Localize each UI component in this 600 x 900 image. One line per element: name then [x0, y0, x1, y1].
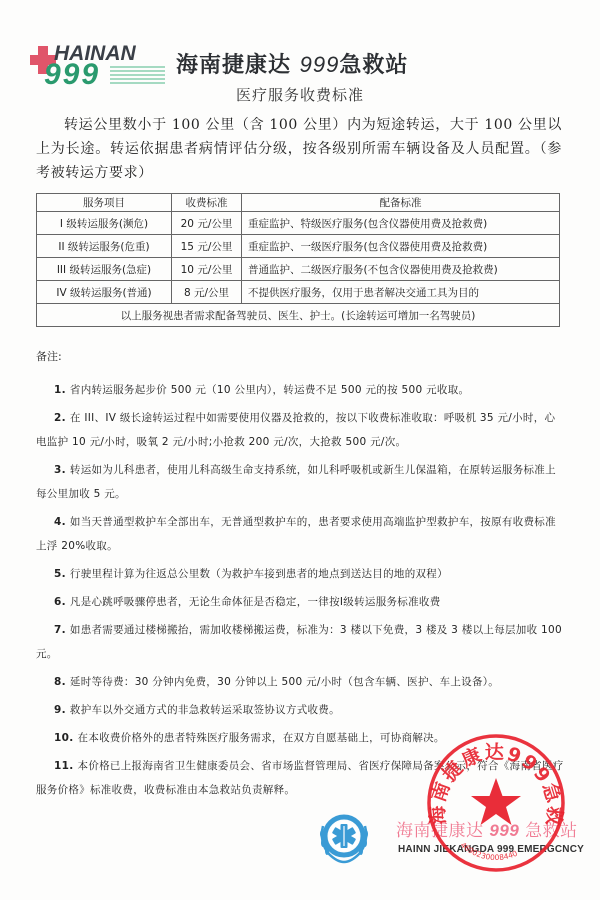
note-text: 行驶里程计算为往返总公里数（为救护车接到患者的地点到送达目的地的双程）: [70, 568, 448, 580]
note-number: 4.: [54, 516, 66, 528]
note-number: 6.: [54, 596, 66, 608]
note-text: 如当天普通型救护车全部出车，无普通型救护车的，患者要求使用高端监护型救护车，按原…: [36, 516, 556, 552]
note-number: 9.: [54, 704, 66, 716]
fee-cell: 10 元/公里: [172, 258, 242, 281]
note-number: 8.: [54, 676, 66, 688]
column-header-equipment: 配备标准: [242, 194, 560, 212]
note-text: 省内转运服务起步价 500 元（10 公里内），转运费不足 500 元的按 50…: [70, 384, 469, 396]
svg-text:4690230008440: 4690230008440: [459, 840, 519, 862]
fee-cell: 15 元/公里: [172, 235, 242, 258]
note-text: 延时等待费：30 分钟内免费，30 分钟以上 500 元/小时（包含车辆、医护、…: [70, 676, 499, 688]
equipment-cell: 重症监护、特级医疗服务(包含仪器使用费及抢救费): [242, 212, 560, 235]
note-item: 8.延时等待费：30 分钟内免费，30 分钟以上 500 元/小时（包含车辆、医…: [36, 670, 566, 694]
service-cell: II 级转运服务(危重): [37, 235, 172, 258]
fee-cell: 8 元/公里: [172, 281, 242, 304]
notes-label: 备注:: [36, 348, 566, 378]
table-row: II 级转运服务(危重) 15 元/公里 重症监护、一级医疗服务(包含仪器使用费…: [37, 235, 560, 258]
table-row: IV 级转运服务(普通) 8 元/公里 不提供医疗服务，仅用于患者解决交通工具为…: [37, 281, 560, 304]
note-number: 1.: [54, 384, 66, 396]
staffing-note-cell: 以上服务视患者需求配备驾驶员、医生、护士。(长途转运可增加一名驾驶员): [37, 304, 560, 327]
equipment-cell: 不提供医疗服务，仅用于患者解决交通工具为目的: [242, 281, 560, 304]
note-item: 6.凡是心跳呼吸骤停患者，无论生命体征是否稳定，一律按I级转运服务标准收费: [36, 590, 566, 614]
note-item: 4.如当天普通型救护车全部出车，无普通型救护车的，患者要求使用高端监护型救护车，…: [36, 510, 566, 558]
org-name-number: 999: [300, 52, 340, 77]
seal-serial-number: 4690230008440: [459, 840, 519, 862]
column-header-service: 服务项目: [37, 194, 172, 212]
note-text: 如患者需要通过楼梯搬抬，需加收楼梯搬运费，标准为：3 楼以下免费，3 楼及 3 …: [36, 624, 562, 660]
note-item: 3.转运如为儿科患者，使用儿科高级生命支持系统，如儿科呼吸机或新生儿保温箱，在原…: [36, 458, 566, 506]
note-text: 救护车以外交通方式的非急救转运采取签协议方式收费。: [70, 704, 340, 716]
fee-table: 服务项目 收费标准 配备标准 I 级转运服务(濒危) 20 元/公里 重症监护、…: [36, 193, 560, 327]
table-row: I 级转运服务(濒危) 20 元/公里 重症监护、特级医疗服务(包含仪器使用费及…: [37, 212, 560, 235]
note-item: 2.在 III、IV 级长途转运过程中如需要使用仪器及抢救的，按以下收费标准收取…: [36, 406, 566, 454]
note-number: 2.: [54, 412, 66, 424]
table-header-row: 服务项目 收费标准 配备标准: [37, 194, 560, 212]
service-cell: I 级转运服务(濒危): [37, 212, 172, 235]
note-number: 5.: [54, 568, 66, 580]
table-row: III 级转运服务(急症) 10 元/公里 普通监护、二级医疗服务(不包含仪器使…: [37, 258, 560, 281]
document-title: 医疗服务收费标准: [0, 84, 600, 105]
equipment-cell: 普通监护、二级医疗服务(不包含仪器使用费及抢救费): [242, 258, 560, 281]
note-text: 转运如为儿科患者，使用儿科高级生命支持系统，如儿科呼吸机或新生儿保温箱，在原转运…: [36, 464, 556, 500]
star-of-life-emblem-icon: [315, 808, 373, 866]
note-item: 5.行驶里程计算为往返总公里数（为救护车接到患者的地点到送达目的地的双程）: [36, 562, 566, 586]
note-text: 在本收费价格外的患者特殊医疗服务需求，在双方自愿基础上，可协商解决。: [78, 732, 445, 744]
note-number: 3.: [54, 464, 66, 476]
note-text: 凡是心跳呼吸骤停患者，无论生命体征是否稳定，一律按I级转运服务标准收费: [70, 596, 441, 608]
table-footer-row: 以上服务视患者需求配备驾驶员、医生、护士。(长途转运可增加一名驾驶员): [37, 304, 560, 327]
service-cell: IV 级转运服务(普通): [37, 281, 172, 304]
org-name-prefix: 海南捷康达: [176, 53, 300, 78]
fee-cell: 20 元/公里: [172, 212, 242, 235]
note-item: 9.救护车以外交通方式的非急救转运采取签协议方式收费。: [36, 698, 566, 722]
speed-lines-decoration: [110, 66, 165, 84]
official-red-seal: 海南捷康达999急救站 4690230008440: [425, 732, 567, 874]
intro-paragraph: 转运公里数小于 100 公里（含 100 公里）内为短途转运，大于 100 公里…: [36, 113, 562, 185]
column-header-fee: 收费标准: [172, 194, 242, 212]
service-cell: III 级转运服务(急症): [37, 258, 172, 281]
note-item: 1.省内转运服务起步价 500 元（10 公里内），转运费不足 500 元的按 …: [36, 378, 566, 402]
note-number: 11.: [54, 760, 74, 772]
organization-name: 海南捷康达 999急救站: [176, 48, 408, 79]
note-item: 7.如患者需要通过楼梯搬抬，需加收楼梯搬运费，标准为：3 楼以下免费，3 楼及 …: [36, 618, 566, 666]
note-number: 10.: [54, 732, 74, 744]
equipment-cell: 重症监护、一级医疗服务(包含仪器使用费及抢救费): [242, 235, 560, 258]
org-name-suffix: 急救站: [339, 53, 408, 78]
note-number: 7.: [54, 624, 66, 636]
note-text: 在 III、IV 级长途转运过程中如需要使用仪器及抢救的，按以下收费标准收取：呼…: [36, 412, 555, 448]
